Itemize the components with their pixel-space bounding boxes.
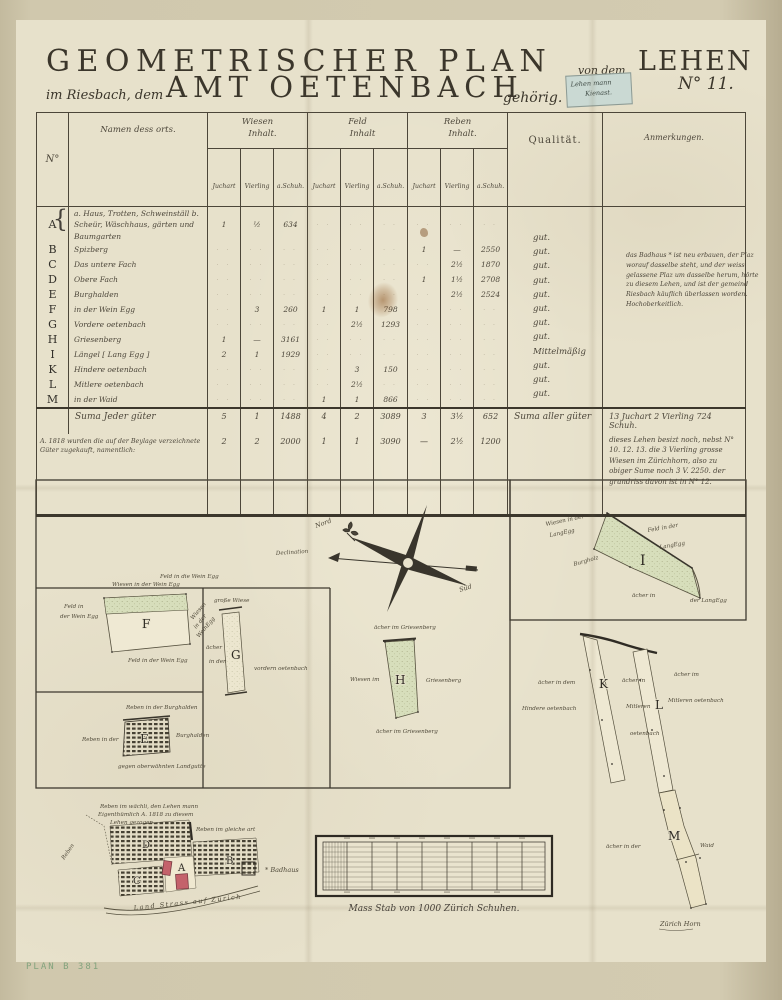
cell-reben-vierling — [441, 302, 474, 317]
sum-row: Suma Jeder güter 5 1 1488 4 2 3089 3 3½ … — [37, 408, 746, 434]
cell-reben-vierling: 2½ — [441, 257, 474, 272]
cell-reben-schuh — [474, 347, 508, 362]
row-name: Burghalden — [69, 287, 208, 302]
cell-reben-vierling — [441, 332, 474, 347]
subcol-juchart: Juchart — [408, 149, 441, 207]
svg-text:Feld in der Wein Egg: Feld in der Wein Egg — [127, 658, 188, 664]
cell-wiesen-vierling — [241, 242, 274, 257]
cell-wiesen-vierling — [241, 392, 274, 408]
sum-anmerkung-note: dieses Lehen besizt noch, nebst N° 10. 1… — [609, 435, 741, 488]
survey-table: N° Namen dess orts. Wiesen Inhalt. Feld … — [36, 112, 746, 517]
table-row: G Vordere oetenbach 2½ 1293 — [37, 317, 746, 332]
cell-feld-vierling: 3 — [341, 362, 374, 377]
cell-wiesen-juchart — [208, 257, 241, 272]
table-row: A{ a. Haus, Trotten, Schweinställ b. Sch… — [37, 207, 746, 242]
svg-text:B: B — [226, 856, 233, 867]
archive-stamp: PLAN B 381 — [26, 962, 100, 972]
cell-reben-schuh — [474, 377, 508, 392]
cell-wiesen-juchart — [208, 377, 241, 392]
row-letter: A{ — [37, 207, 69, 242]
row-name: Das untere Fach — [69, 257, 208, 272]
village-building — [176, 874, 189, 890]
cell-wiesen-schuh — [274, 317, 308, 332]
badhaus-block — [242, 862, 255, 875]
qualitaet-value: gut. — [533, 259, 618, 273]
cell-wiesen-juchart — [208, 272, 241, 287]
qualitaet-value: gut. — [533, 373, 618, 387]
svg-text:der LangEgg: der LangEgg — [690, 598, 727, 604]
cell-feld-schuh — [374, 257, 408, 272]
declination-arrowhead — [328, 553, 340, 563]
cell-wiesen-schuh — [274, 272, 308, 287]
svg-text:Eigenthümlich A. 1818 zu diese: Eigenthümlich A. 1818 zu diesem — [97, 812, 193, 818]
cell-reben-schuh — [474, 317, 508, 332]
cell-reben-juchart: 1 — [408, 272, 441, 287]
svg-text:ächer in: ächer in — [622, 678, 646, 684]
col-group-wiesen: Wiesen Inhalt. — [208, 113, 308, 149]
svg-text:Feld in der: Feld in der — [646, 523, 679, 534]
col-header-namen: Namen dess orts. — [69, 113, 208, 207]
svg-text:M: M — [668, 829, 680, 843]
cell-reben-schuh: 2524 — [474, 287, 508, 302]
cell-wiesen-schuh — [274, 377, 308, 392]
svg-text:Mitleren oetenbach: Mitleren oetenbach — [667, 698, 724, 704]
cell-wiesen-juchart: 1 — [208, 207, 241, 242]
row-letter: F — [37, 302, 69, 317]
cell-feld-vierling — [341, 332, 374, 347]
cell-reben-juchart: 1 — [408, 242, 441, 257]
col-header-no: N° — [37, 113, 69, 207]
cell-wiesen-vierling — [241, 377, 274, 392]
row-letter: L — [37, 377, 69, 392]
cell-reben-vierling: 2½ — [441, 287, 474, 302]
svg-text:K: K — [599, 677, 609, 691]
table-row: L Mitlere oetenbach 2½ — [37, 377, 746, 392]
parcel-i: I Wiesen in der LangEgg Feld in der Lang… — [545, 512, 727, 604]
village-block-c — [118, 866, 164, 896]
subcol-vierling: Vierling — [341, 149, 374, 207]
svg-text:LangEgg: LangEgg — [658, 541, 686, 552]
svg-text:oetenbach: oetenbach — [630, 731, 660, 737]
svg-text:E: E — [140, 732, 149, 746]
col-header-anmerkungen: Anmerkungen. — [603, 113, 746, 207]
cell-reben-schuh — [474, 362, 508, 377]
row-name: in der Waid — [69, 392, 208, 408]
scanned-plan-page: Nord Süd Declination F Wiesen in der Wei… — [0, 0, 782, 1000]
cell-wiesen-schuh: 634 — [274, 207, 308, 242]
table-row: H Griesenberg 1 — 3161 — [37, 332, 746, 347]
ink-stain-small — [420, 228, 428, 237]
cell-feld-schuh: 1293 — [374, 317, 408, 332]
village-map: Reben im wächli, den Lehen mann Eigenthü… — [60, 804, 299, 915]
cell-reben-schuh: 2708 — [474, 272, 508, 287]
subcol-schuh: a.Schuh. — [274, 149, 308, 207]
title-amt-oetenbach: AMT OETENBACH — [166, 70, 524, 104]
svg-text:Reben in der: Reben in der — [81, 737, 119, 743]
subcol-schuh: a.Schuh. — [374, 149, 408, 207]
cell-reben-juchart — [408, 362, 441, 377]
title-riesbach: im Riesbach, dem — [46, 88, 163, 103]
svg-text:L: L — [655, 698, 663, 712]
svg-text:ächer: ächer — [206, 645, 222, 651]
cell-wiesen-schuh — [274, 242, 308, 257]
cell-reben-vierling — [441, 392, 474, 408]
sum-anmerkung-total: 13 Juchart 2 Vierling 724 Schuh. — [609, 412, 741, 430]
row-letter: B — [37, 242, 69, 257]
qualitaet-value: gut. — [533, 302, 618, 316]
svg-text:* Badhaus: * Badhaus — [265, 866, 299, 874]
row-letter: E — [37, 287, 69, 302]
svg-text:H: H — [395, 673, 405, 687]
row-name: Spizberg — [69, 242, 208, 257]
svg-text:C: C — [133, 876, 141, 887]
cell-feld-schuh — [374, 207, 408, 242]
svg-text:Wiesen im: Wiesen im — [350, 677, 379, 683]
cell-feld-vierling — [341, 257, 374, 272]
row-name: Längel [ Lang Egg ] — [69, 347, 208, 362]
cell-wiesen-schuh — [274, 287, 308, 302]
svg-text:der Wein Egg: der Wein Egg — [60, 614, 99, 620]
svg-text:Feld in: Feld in — [63, 604, 84, 610]
cell-reben-vierling: — — [441, 242, 474, 257]
compass-south-label: Süd — [458, 582, 473, 594]
subcol-juchart: Juchart — [208, 149, 241, 207]
cell-reben-juchart — [408, 317, 441, 332]
scale-bar: Mass Stab von 1000 Zürich Schuhen. — [316, 836, 552, 914]
cell-wiesen-juchart — [208, 392, 241, 408]
col-group-reben: Reben Inhalt. — [408, 113, 508, 149]
svg-text:Hindere oetenbach: Hindere oetenbach — [521, 706, 577, 712]
sum-label: Suma Jeder güter — [69, 408, 208, 434]
cell-wiesen-juchart — [208, 287, 241, 302]
cell-wiesen-vierling — [241, 362, 274, 377]
qualitaet-value: Mittelmäßig — [533, 345, 618, 359]
title-gehoerig: gehörig. — [503, 90, 562, 106]
cell-wiesen-schuh — [274, 257, 308, 272]
col-group-feld: Feld Inhalt — [308, 113, 408, 149]
svg-text:Burghalden: Burghalden — [175, 733, 210, 739]
sheet-number: N° 11. — [678, 74, 734, 94]
cell-reben-schuh — [474, 207, 508, 242]
subcol-vierling: Vierling — [241, 149, 274, 207]
svg-text:ächer in: ächer in — [632, 593, 656, 599]
qualitaet-value: gut. — [533, 288, 618, 302]
added-label: A. 1818 wurden die auf der Beylage verze… — [37, 434, 208, 516]
table-row: M in der Waid 1 1 866 — [37, 392, 746, 408]
svg-text:LangEgg: LangEgg — [548, 528, 576, 539]
subcol-vierling: Vierling — [441, 149, 474, 207]
cell-wiesen-vierling: 3 — [241, 302, 274, 317]
cell-feld-schuh — [374, 347, 408, 362]
qualitaet-value: gut. — [533, 387, 618, 401]
cell-wiesen-schuh: 1929 — [274, 347, 308, 362]
cell-feld-schuh — [374, 332, 408, 347]
svg-text:vordern oetenbach: vordern oetenbach — [254, 666, 308, 672]
cell-wiesen-juchart — [208, 242, 241, 257]
svg-text:ächer im Griesenberg: ächer im Griesenberg — [374, 625, 436, 631]
svg-text:Reben im wächli, den Lehen man: Reben im wächli, den Lehen mann — [99, 804, 198, 810]
cell-reben-juchart — [408, 287, 441, 302]
cell-reben-schuh — [474, 332, 508, 347]
row-letter: M — [37, 392, 69, 408]
svg-text:F: F — [142, 617, 150, 631]
svg-text:ächer in dem: ächer in dem — [538, 680, 575, 686]
svg-text:ächer in der: ächer in der — [606, 844, 641, 850]
cell-reben-juchart — [408, 347, 441, 362]
svg-text:große Wiese: große Wiese — [214, 598, 250, 604]
cell-wiesen-vierling — [241, 272, 274, 287]
cell-wiesen-schuh: 3161 — [274, 332, 308, 347]
sum-anmerkung: 13 Juchart 2 Vierling 724 Schuh. dieses … — [603, 408, 746, 516]
cell-feld-vierling — [341, 207, 374, 242]
cell-feld-vierling — [341, 242, 374, 257]
cell-reben-schuh: 2550 — [474, 242, 508, 257]
north-fleur-icon — [343, 522, 358, 541]
cell-reben-vierling — [441, 362, 474, 377]
qualitaet-value: gut. — [533, 274, 618, 288]
row-name: Vordere oetenbach — [69, 317, 208, 332]
cell-reben-juchart — [408, 302, 441, 317]
cell-wiesen-juchart: 1 — [208, 332, 241, 347]
qualitaet-value: gut. — [533, 359, 618, 373]
paper-crease — [16, 484, 766, 492]
cell-reben-schuh — [474, 302, 508, 317]
cell-feld-vierling: 2½ — [341, 377, 374, 392]
row-letter: H — [37, 332, 69, 347]
cell-feld-schuh: 150 — [374, 362, 408, 377]
cell-reben-juchart — [408, 377, 441, 392]
row-name: Griesenberg — [69, 332, 208, 347]
qualitaet-value: gut. — [533, 245, 618, 259]
svg-text:Reben: Reben — [60, 843, 76, 862]
anmerkung-note: das Badhaus * ist neu erbauen, der Plaz … — [626, 251, 760, 310]
row-letter: C — [37, 257, 69, 272]
svg-text:gegen oberwähnten Landgutte: gegen oberwähnten Landgutte — [118, 764, 206, 770]
cell-feld-vierling — [341, 347, 374, 362]
row-letter: D — [37, 272, 69, 287]
cell-wiesen-schuh — [274, 362, 308, 377]
svg-text:Lehen gezogen.: Lehen gezogen. — [109, 820, 155, 826]
parcel-h: H ächer im Griesenberg Wiesen im Griesen… — [350, 625, 462, 735]
qualitaet-value: gut. — [533, 316, 618, 330]
parcel-g: große Wiese ächer in den G vordern oeten… — [206, 598, 308, 695]
cell-reben-vierling — [441, 377, 474, 392]
table-row: K Hindere oetenbach 3 150 — [37, 362, 746, 377]
svg-text:G: G — [231, 648, 241, 662]
svg-text:ächer im Griesenberg: ächer im Griesenberg — [376, 729, 438, 735]
pasted-label: Lehen mann Kienast. — [565, 72, 633, 107]
cell-feld-schuh — [374, 377, 408, 392]
row-letter: I — [37, 347, 69, 362]
svg-text:Feld in die Wein Egg: Feld in die Wein Egg — [159, 574, 219, 580]
row-name: Obere Fach — [69, 272, 208, 287]
cell-wiesen-vierling — [241, 287, 274, 302]
row-letter: K — [37, 362, 69, 377]
cell-wiesen-vierling: 1 — [241, 347, 274, 362]
cell-feld-vierling: 2½ — [341, 317, 374, 332]
row-name: in der Wein Egg — [69, 302, 208, 317]
cell-wiesen-juchart — [208, 317, 241, 332]
parcel-k-l: K L ächer in dem Hindere oetenbach ächer… — [521, 634, 724, 793]
plan-sheet: Nord Süd Declination F Wiesen in der Wei… — [16, 20, 766, 962]
qualitaet-values: gut. gut. gut. gut. gut. gut. gut. gut. … — [533, 231, 618, 401]
svg-text:D: D — [142, 840, 150, 851]
cell-reben-vierling — [441, 317, 474, 332]
cell-feld-schuh — [374, 242, 408, 257]
row-name: Hindere oetenbach — [69, 362, 208, 377]
cell-feld-vierling — [341, 272, 374, 287]
cell-wiesen-vierling — [241, 257, 274, 272]
title-lehen: LEHEN — [638, 46, 753, 77]
cell-feld-schuh: 866 — [374, 392, 408, 408]
cell-wiesen-juchart: 2 — [208, 347, 241, 362]
cell-reben-schuh — [474, 392, 508, 408]
svg-text:Wiesen in der Wein Egg: Wiesen in der Wein Egg — [112, 582, 180, 588]
qualitaet-value: gut. — [533, 231, 618, 245]
cell-wiesen-schuh: 260 — [274, 302, 308, 317]
svg-text:Waid: Waid — [700, 843, 714, 849]
cell-reben-vierling: 1½ — [441, 272, 474, 287]
cell-feld-vierling: 1 — [341, 392, 374, 408]
paper-crease — [16, 904, 766, 912]
svg-text:Mitleren: Mitleren — [625, 704, 651, 710]
cell-wiesen-juchart — [208, 362, 241, 377]
cell-reben-vierling — [441, 207, 474, 242]
compass-north-label: Nord — [313, 517, 333, 531]
cell-wiesen-vierling: — — [241, 332, 274, 347]
svg-text:ächer im: ächer im — [674, 672, 699, 678]
svg-text:A: A — [177, 863, 186, 874]
row-name: Mitlere oetenbach — [69, 377, 208, 392]
svg-text:Zürich Horn: Zürich Horn — [659, 920, 701, 928]
svg-text:Reben im gleiche art: Reben im gleiche art — [195, 827, 256, 833]
cell-wiesen-juchart — [208, 302, 241, 317]
cell-wiesen-vierling: ½ — [241, 207, 274, 242]
subcol-schuh: a.Schuh. — [474, 149, 508, 207]
svg-text:I: I — [640, 553, 646, 569]
svg-text:in den: in den — [209, 659, 227, 665]
village-building — [162, 861, 172, 876]
cell-reben-juchart — [408, 392, 441, 408]
table-row: I Längel [ Lang Egg ] 2 1 1929 — [37, 347, 746, 362]
svg-text:Reben in der Burghalden: Reben in der Burghalden — [125, 705, 198, 711]
cell-reben-vierling — [441, 347, 474, 362]
svg-text:Griesenberg: Griesenberg — [426, 678, 462, 684]
row-name: a. Haus, Trotten, Schweinställ b. Scheür… — [69, 207, 208, 242]
cell-reben-schuh: 1870 — [474, 257, 508, 272]
qualitaet-value: gut. — [533, 330, 618, 344]
cell-reben-juchart — [408, 332, 441, 347]
cell-wiesen-schuh — [274, 392, 308, 408]
row-letter: G — [37, 317, 69, 332]
cell-reben-juchart — [408, 257, 441, 272]
cell-wiesen-vierling — [241, 317, 274, 332]
parcel-e: E Reben in der Burghalden Reben in der B… — [81, 705, 210, 770]
